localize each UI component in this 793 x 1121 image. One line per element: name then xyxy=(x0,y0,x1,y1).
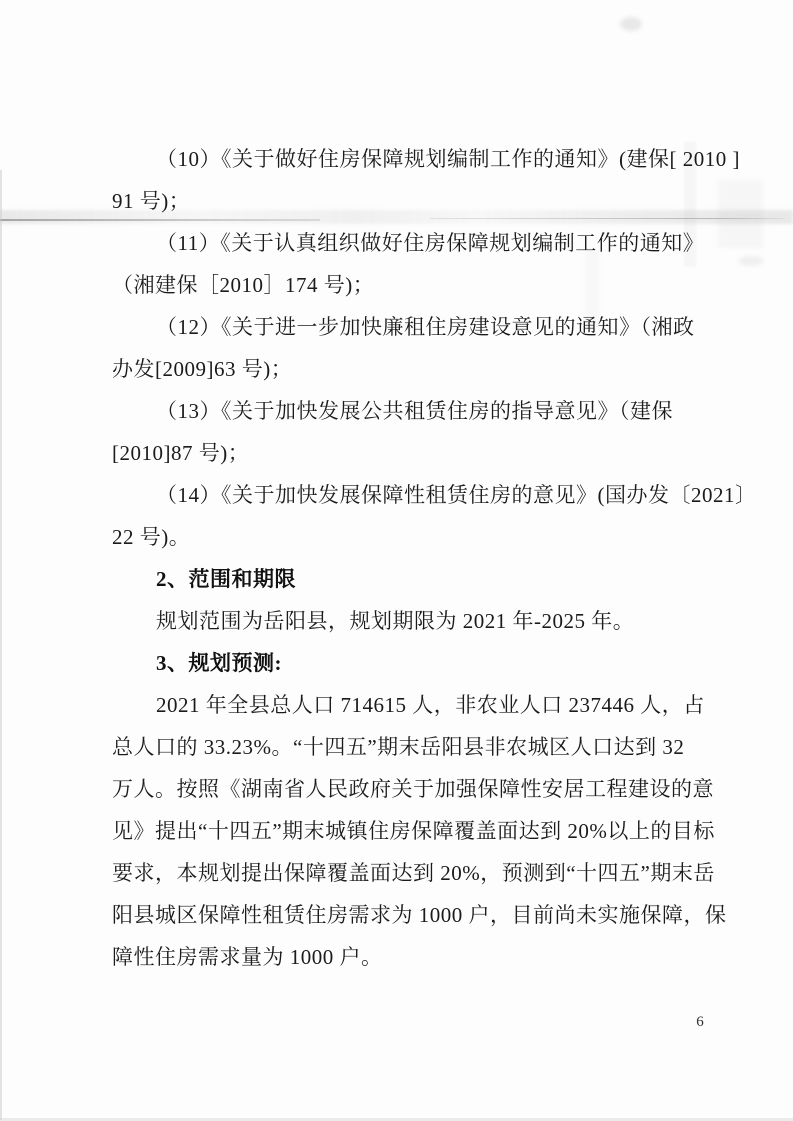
scan-smudge xyxy=(620,17,642,31)
page-number: 6 xyxy=(688,1014,712,1031)
forecast-paragraph-line-3: 万人。按照《湖南省人民政府关于加强保障性安居工程建设的意 xyxy=(112,768,728,810)
forecast-paragraph-line-7: 障性住房需求量为 1000 户。 xyxy=(112,936,728,978)
ref-item-13-line-2: [2010]87 号)； xyxy=(112,432,728,474)
document-body: （10）《关于做好住房保障规划编制工作的通知》(建保[ 2010 ] 91 号)… xyxy=(112,138,728,978)
ref-item-10-line-2: 91 号)； xyxy=(112,180,728,222)
ref-item-11-line-1: （11）《关于认真组织做好住房保障规划编制工作的通知》 xyxy=(112,222,728,264)
scan-smudge xyxy=(738,256,764,266)
forecast-paragraph-line-6: 阳县城区保障性租赁住房需求为 1000 户，目前尚未实施保障，保 xyxy=(112,894,728,936)
section-heading-planning-forecast: 3、规划预测: xyxy=(112,642,728,684)
ref-item-13-line-1: （13）《关于加快发展公共租赁住房的指导意见》（建保 xyxy=(112,390,728,432)
ref-item-14-line-1: （14）《关于加快发展保障性租赁住房的意见》(国办发〔2021〕 xyxy=(112,474,728,516)
forecast-paragraph-line-4: 见》提出“十四五”期末城镇住房保障覆盖面达到 20%以上的目标 xyxy=(112,810,728,852)
ref-item-11-line-2: （湘建保［2010］174 号)； xyxy=(112,264,728,306)
section-heading-scope-and-term: 2、范围和期限 xyxy=(112,558,728,600)
forecast-paragraph-line-2: 总人口的 33.23%。“十四五”期末岳阳县非农城区人口达到 32 xyxy=(112,726,728,768)
scan-page-edge-left xyxy=(0,170,2,1120)
section-scope-body: 规划范围为岳阳县，规划期限为 2021 年-2025 年。 xyxy=(112,600,728,642)
scanned-document-page: （10）《关于做好住房保障规划编制工作的通知》(建保[ 2010 ] 91 号)… xyxy=(0,0,793,1121)
ref-item-14-line-2: 22 号)。 xyxy=(112,516,728,558)
ref-item-10-line-1: （10）《关于做好住房保障规划编制工作的通知》(建保[ 2010 ] xyxy=(112,138,728,180)
ref-item-12-line-1: （12）《关于进一步加快廉租住房建设意见的通知》（湘政 xyxy=(112,306,728,348)
forecast-paragraph-line-1: 2021 年全县总人口 714615 人，非农业人口 237446 人，占 xyxy=(112,684,728,726)
forecast-paragraph-line-5: 要求，本规划提出保障覆盖面达到 20%，预测到“十四五”期末岳 xyxy=(112,852,728,894)
ref-item-12-line-2: 办发[2009]63 号)； xyxy=(112,348,728,390)
